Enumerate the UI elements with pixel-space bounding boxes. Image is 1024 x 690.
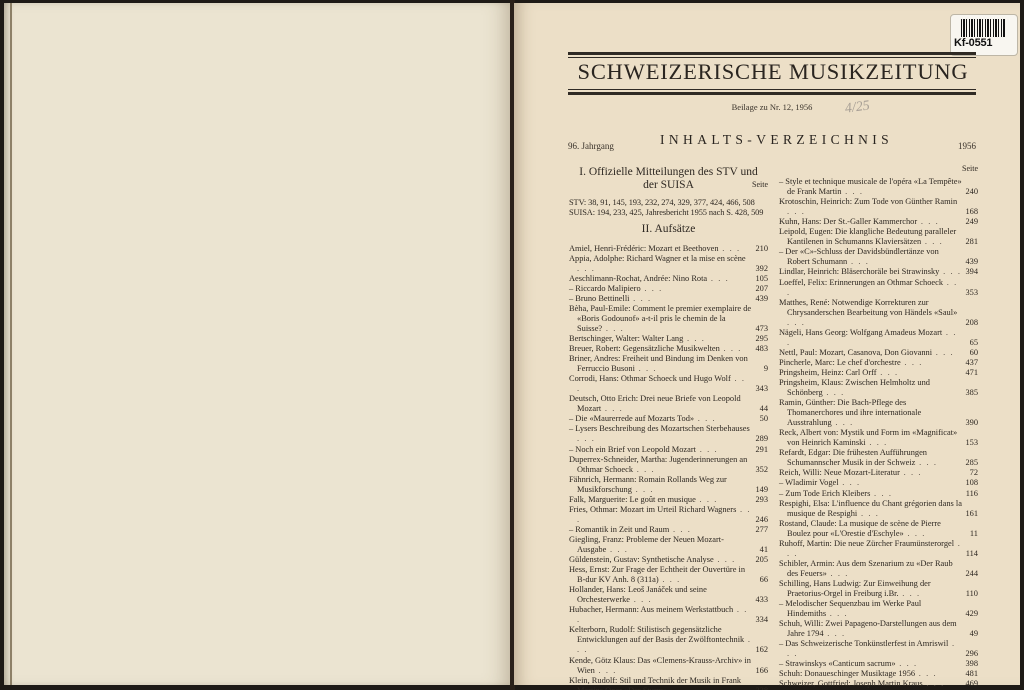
entry-page-number: 49 (970, 629, 978, 639)
dot-leader: . . . (915, 458, 937, 467)
toc-entry: Schuh: Donaueschinger Musiktage 1956 . .… (779, 669, 978, 679)
toc-entry: Briner, Andres: Freiheit und Bindung im … (569, 354, 768, 374)
barcode-code: Kf-0551 (954, 37, 992, 49)
section-1-title: I. Offizielle Mitteilungen des STV und d… (569, 166, 768, 191)
entry-page-number: 295 (755, 334, 768, 344)
entry-page-number: 390 (965, 418, 978, 428)
entry-title: – Noch ein Brief von Leopold Mozart (569, 445, 696, 454)
dot-leader: . . . (857, 509, 879, 518)
masthead-rule-top-thick (568, 52, 976, 55)
dot-leader: . . . (694, 414, 716, 423)
masthead-rule-top-thin (568, 57, 976, 58)
dot-leader: . . . (719, 244, 741, 253)
dot-leader: . . . (917, 217, 939, 226)
entry-title: – Riccardo Malipiero (569, 284, 641, 293)
dot-leader: . . . (921, 237, 943, 246)
toc-entry: Fries, Othmar: Mozart im Urteil Richard … (569, 505, 768, 525)
entry-title: Pringsheim, Klaus: Zwischen Helmholtz un… (779, 378, 930, 397)
section-2-title: II. Aufsätze (569, 223, 768, 236)
entry-page-number: 244 (965, 569, 978, 579)
dot-leader: . . . (832, 418, 854, 427)
entry-title: Matthes, René: Notwendige Korrekturen zu… (779, 298, 957, 317)
toc-entry: Klein, Rudolf: Stil und Technik der Musi… (569, 676, 768, 690)
dot-leader: . . . (787, 318, 805, 327)
entry-title: Schuh: Donaueschinger Musiktage 1956 (779, 669, 915, 678)
toc-entry: Nettl, Paul: Mozart, Casanova, Don Giova… (779, 348, 978, 358)
entry-title: Deutsch, Otto Erich: Drei neue Briefe vo… (569, 394, 741, 413)
dot-leader: . . . (577, 434, 595, 443)
entry-page-number: 433 (755, 595, 768, 605)
volume-label: 96. Jahrgang (568, 141, 614, 151)
entry-page-number: 277 (755, 525, 768, 535)
entry-title: Fries, Othmar: Mozart im Urteil Richard … (569, 505, 736, 514)
toc-heading: INHALTS-VERZEICHNIS (660, 132, 893, 148)
page-column-label: Seite (752, 179, 768, 192)
toc-entry: Matthes, René: Notwendige Korrekturen zu… (779, 298, 978, 328)
entry-title: Schibler, Armin: Aus dem Szenarium zu «D… (779, 559, 953, 578)
toc-entry: Reck, Albert von: Mystik und Form im «Ma… (779, 428, 978, 448)
entry-page-number: 44 (760, 404, 768, 414)
entry-page-number: 205 (755, 555, 768, 565)
entry-title: Hess, Ernst: Zur Frage der Echtheit der … (569, 565, 745, 584)
toc-entry: Pincherle, Marc: Le chef d'orchestre . .… (779, 358, 978, 368)
dot-leader: . . . (939, 267, 961, 276)
entry-page-number: 291 (755, 445, 768, 455)
entry-page-number: 394 (965, 267, 978, 277)
entry-page-number: 429 (965, 609, 978, 619)
article-list-right: – Style et technique musicale de l'opéra… (779, 177, 978, 689)
entry-page-number: 149 (755, 485, 768, 495)
dot-leader: . . . (839, 478, 861, 487)
entry-page-number: 439 (965, 257, 978, 267)
dot-leader: . . . (824, 629, 846, 638)
toc-entry: Corrodi, Hans: Othmar Schoeck und Hugo W… (569, 374, 768, 394)
entry-page-number: 240 (965, 187, 978, 197)
dot-leader: . . . (641, 284, 663, 293)
dot-leader: . . . (823, 388, 845, 397)
entry-title: Nägeli, Hans Georg: Wolfgang Amadeus Moz… (779, 328, 942, 337)
entry-page-number: 168 (965, 207, 978, 217)
toc-entry: Refardt, Edgar: Die frühesten Aufführung… (779, 448, 978, 468)
entry-page-number: 437 (965, 358, 978, 368)
toc-entry: Amiel, Henri-Frédéric: Mozart et Beethov… (569, 244, 768, 254)
entry-page-number: 60 (970, 348, 978, 358)
toc-column-right: Seite – Style et technique musicale de l… (779, 164, 978, 689)
toc-entry: – Melodischer Sequenzbau im Werke Paul H… (779, 599, 978, 619)
toc-entry: Ramin, Günther: Die Bach-Pflege des Thom… (779, 398, 978, 428)
entry-page-number: 281 (965, 237, 978, 247)
entry-page-number: 105 (755, 274, 768, 284)
entry-title: Krotoschin, Heinrich: Zum Tode von Günth… (779, 197, 957, 206)
entry-page-number: 110 (966, 589, 978, 599)
entry-title: Pringsheim, Heinz: Carl Orff (779, 368, 877, 377)
dot-leader: . . . (870, 489, 892, 498)
entry-title: Ruhoff, Martin: Die neue Zürcher Fraumün… (779, 539, 954, 548)
toc-column-left: I. Offizielle Mitteilungen des STV und d… (569, 164, 768, 690)
entry-page-number: 293 (755, 495, 768, 505)
toc-entry: – Romantik in Zeit und Raum . . .277 (569, 525, 768, 535)
entry-title: – Lysers Beschreibung des Mozartschen St… (569, 424, 750, 433)
dot-leader: . . . (720, 344, 742, 353)
dot-leader: . . . (841, 187, 863, 196)
blank-left-page (4, 3, 511, 685)
toc-entry: – Wladimir Vogel . . .108 (779, 478, 978, 488)
toc-entry: Hess, Ernst: Zur Frage der Echtheit der … (569, 565, 768, 585)
entry-page-number: 50 (760, 414, 768, 424)
dot-leader: . . . (635, 364, 657, 373)
entry-title: Bertschinger, Walter: Walter Lang (569, 334, 683, 343)
entry-title: Hubacher, Hermann: Aus meinem Werkstattb… (569, 605, 733, 614)
dot-leader: . . . (714, 555, 736, 564)
dot-leader: . . . (932, 348, 954, 357)
entry-title: – Bruno Bettinelli (569, 294, 629, 303)
entry-page-number: 161 (965, 509, 978, 519)
entry-page-number: 108 (965, 478, 978, 488)
dot-leader: . . . (595, 666, 617, 675)
pencil-annotation: 4/25 (844, 98, 871, 117)
barcode-icon (961, 19, 1005, 37)
toc-entry: – Zum Tode Erich Kleibers . . .116 (779, 489, 978, 499)
toc-entry: Krotoschin, Heinrich: Zum Tode von Günth… (779, 197, 978, 217)
toc-entry: Reich, Willi: Neue Mozart-Literatur . . … (779, 468, 978, 478)
entry-page-number: 249 (965, 217, 978, 227)
entry-title: Corrodi, Hans: Othmar Schoeck und Hugo W… (569, 374, 731, 383)
dot-leader: . . . (669, 525, 691, 534)
entry-page-number: 162 (755, 645, 768, 655)
toc-entry: Schibler, Armin: Aus dem Szenarium zu «D… (779, 559, 978, 579)
entry-page-number: 65 (970, 338, 978, 348)
dot-leader: . . . (847, 257, 869, 266)
entry-title: – Strawinskys «Canticum sacrum» (779, 659, 896, 668)
toc-entry: Hollander, Hans: Leoš Janáček und seine … (569, 585, 768, 605)
entry-title: Reich, Willi: Neue Mozart-Literatur (779, 468, 900, 477)
open-book-spread: Kf-0551 SCHWEIZERISCHE MUSIKZEITUNG Beil… (0, 0, 1024, 690)
entry-title: Güldenstein, Gustav: Synthetische Analys… (569, 555, 714, 564)
entry-page-number: 116 (966, 489, 978, 499)
entry-page-number: 166 (755, 666, 768, 676)
entry-title: Kuhn, Hans: Der St.-Galler Kammerchor (779, 217, 917, 226)
dot-leader: . . . (602, 324, 624, 333)
dot-leader: . . . (606, 545, 628, 554)
supplement-line: Beilage zu Nr. 12, 1956 (568, 102, 976, 112)
entry-title: – Das Schweizerische Tonkünstlerfest in … (779, 639, 948, 648)
entry-title: Nettl, Paul: Mozart, Casanova, Don Giova… (779, 348, 932, 357)
dot-leader: . . . (667, 686, 689, 690)
toc-entry: – Lysers Beschreibung des Mozartschen St… (569, 424, 768, 444)
entry-title: Pincherle, Marc: Le chef d'orchestre (779, 358, 901, 367)
dot-leader: . . . (866, 438, 888, 447)
dot-leader: . . . (826, 609, 848, 618)
entry-title: Breuer, Robert: Gegensätzliche Musikwelt… (569, 344, 720, 353)
toc-entry: Leipold, Eugen: Die klangliche Bedeutung… (779, 227, 978, 247)
stv-references: STV: 38, 91, 145, 193, 232, 274, 329, 37… (569, 198, 768, 208)
entry-page-number: 352 (755, 465, 768, 475)
toc-entry: Bertschinger, Walter: Walter Lang . . .2… (569, 334, 768, 344)
toc-entry: – Strawinskys «Canticum sacrum» . . .398 (779, 659, 978, 669)
entry-page-number: 469 (965, 679, 978, 689)
toc-entry: Hubacher, Hermann: Aus meinem Werkstattb… (569, 605, 768, 625)
toc-entry: – Die «Maurerrede auf Mozarts Tod» . . .… (569, 414, 768, 424)
toc-entry: Kelterborn, Rudolf: Stilistisch gegensät… (569, 625, 768, 655)
toc-entry: Bèha, Paul-Emile: Comment le premier exe… (569, 304, 768, 334)
dot-leader: . . . (787, 207, 805, 216)
entry-page-number: 285 (965, 458, 978, 468)
toc-entry: Rostand, Claude: La musique de scène de … (779, 519, 978, 539)
toc-entry: Ruhoff, Martin: Die neue Zürcher Fraumün… (779, 539, 978, 559)
dot-leader: . . . (633, 465, 655, 474)
entry-page-number: 11 (970, 529, 978, 539)
toc-entry: Nägeli, Hans Georg: Wolfgang Amadeus Moz… (779, 328, 978, 348)
dot-leader: . . . (696, 445, 718, 454)
dot-leader: . . . (900, 468, 922, 477)
dot-leader: . . . (659, 575, 681, 584)
entry-title: Schweizer, Gottfried: Joseph Martin Krau… (779, 679, 923, 688)
journal-title: SCHWEIZERISCHE MUSIKZEITUNG (566, 59, 980, 85)
entry-title: Duperrex-Schneider, Martha: Jugenderinne… (569, 455, 747, 474)
entry-title: Bèha, Paul-Emile: Comment le premier exe… (569, 304, 751, 333)
entry-title: Lindlar, Heinrich: Bläserchoräle bei Str… (779, 267, 939, 276)
dot-leader: . . . (577, 264, 595, 273)
toc-entry: Kuhn, Hans: Der St.-Galler Kammerchor . … (779, 217, 978, 227)
entry-page-number: 41 (760, 545, 768, 555)
entry-page-number: 483 (755, 344, 768, 354)
entry-title: – Melodischer Sequenzbau im Werke Paul H… (779, 599, 921, 618)
toc-entry: – Das Schweizerische Tonkünstlerfest in … (779, 639, 978, 659)
toc-entry: Respighi, Elsa: L'influence du Chant gré… (779, 499, 978, 519)
toc-entry: – Der «C»-Schluss der Davidsbündlertänze… (779, 247, 978, 267)
entry-title: Loeffel, Felix: Erinnerungen an Othmar S… (779, 278, 943, 287)
suisa-references: SUISA: 194, 233, 425, Jahresbericht 1955… (569, 208, 768, 218)
masthead-rule-bottom-thick (568, 92, 976, 95)
year-label: 1956 (958, 141, 976, 151)
entry-page-number: 296 (965, 649, 978, 659)
entry-page-number: 9 (764, 364, 768, 374)
entry-page-number: 392 (755, 264, 768, 274)
entry-title: – Romantik in Zeit und Raum (569, 525, 669, 534)
toc-entry: Breuer, Robert: Gegensätzliche Musikwelt… (569, 344, 768, 354)
toc-entry: Duperrex-Schneider, Martha: Jugenderinne… (569, 455, 768, 475)
toc-entry: Falk, Marguerite: Le goût en musique . .… (569, 495, 768, 505)
toc-entry: Deutsch, Otto Erich: Drei neue Briefe vo… (569, 394, 768, 414)
toc-entry: Pringsheim, Heinz: Carl Orff . . .471 (779, 368, 978, 378)
entry-page-number: 334 (755, 615, 768, 625)
dot-leader: . . . (904, 529, 926, 538)
entry-title: – Die «Maurerrede auf Mozarts Tod» (569, 414, 694, 423)
toc-entry: Loeffel, Felix: Erinnerungen an Othmar S… (779, 278, 978, 298)
toc-entry: Fähnrich, Hermann: Romain Rollands Weg z… (569, 475, 768, 495)
entry-page-number: 473 (755, 324, 768, 334)
entry-page-number: 289 (755, 434, 768, 444)
page-column-label: Seite (779, 164, 978, 174)
entry-title: Aeschlimann-Rochat, Andrée: Nino Rota (569, 274, 707, 283)
entry-page-number: 353 (965, 288, 978, 298)
entry-title: Refardt, Edgar: Die frühesten Aufführung… (779, 448, 927, 467)
toc-entry: Schuh, Willi: Zwei Papageno-Darstellunge… (779, 619, 978, 639)
entry-title: – Zum Tode Erich Kleibers (779, 489, 870, 498)
entry-page-number: 439 (755, 294, 768, 304)
entry-page-number: 238 (755, 686, 768, 690)
entry-page-number: 114 (966, 549, 978, 559)
toc-entry: Güldenstein, Gustav: Synthetische Analys… (569, 555, 768, 565)
toc-entry: Schilling, Hans Ludwig: Zur Einweihung d… (779, 579, 978, 599)
dot-leader: . . . (630, 595, 652, 604)
toc-entry: Lindlar, Heinrich: Bläserchoräle bei Str… (779, 267, 978, 277)
entry-page-number: 208 (965, 318, 978, 328)
toc-entry: Schweizer, Gottfried: Joseph Martin Krau… (779, 679, 978, 689)
dot-leader: . . . (896, 659, 918, 668)
masthead-rule-bottom-thin (568, 89, 976, 90)
entry-page-number: 343 (755, 384, 768, 394)
entry-page-number: 66 (760, 575, 768, 585)
dot-leader: . . . (629, 294, 651, 303)
toc-entry: – Bruno Bettinelli . . .439 (569, 294, 768, 304)
entry-page-number: 153 (965, 438, 978, 448)
dot-leader: . . . (601, 404, 623, 413)
dot-leader: . . . (901, 358, 923, 367)
toc-entry: – Noch ein Brief von Leopold Mozart . . … (569, 445, 768, 455)
dot-leader: . . . (707, 274, 729, 283)
entry-title: Briner, Andres: Freiheit und Bindung im … (569, 354, 748, 373)
dot-leader: . . . (877, 368, 899, 377)
entry-page-number: 207 (755, 284, 768, 294)
toc-entry: – Riccardo Malipiero . . .207 (569, 284, 768, 294)
dot-leader: . . . (632, 485, 654, 494)
toc-entry: – Style et technique musicale de l'opéra… (779, 177, 978, 197)
entry-title: Schuh, Willi: Zwei Papageno-Darstellunge… (779, 619, 957, 638)
entry-page-number: 398 (965, 659, 978, 669)
dot-leader: . . . (915, 669, 937, 678)
dot-leader: . . . (923, 679, 945, 688)
article-list-left: Amiel, Henri-Frédéric: Mozart et Beethov… (569, 244, 768, 690)
entry-page-number: 471 (965, 368, 978, 378)
entry-title: Appia, Adolphe: Richard Wagner et la mis… (569, 254, 746, 263)
entry-title: – Style et technique musicale de l'opéra… (779, 177, 962, 196)
dot-leader: . . . (696, 495, 718, 504)
dot-leader: . . . (683, 334, 705, 343)
toc-entry: Giegling, Franz: Probleme der Neuen Moza… (569, 535, 768, 555)
dot-leader: . . . (827, 569, 849, 578)
entry-title: Falk, Marguerite: Le goût en musique (569, 495, 696, 504)
entry-title: – Wladimir Vogel (779, 478, 839, 487)
toc-entry: Aeschlimann-Rochat, Andrée: Nino Rota . … (569, 274, 768, 284)
entry-title: Giegling, Franz: Probleme der Neuen Moza… (569, 535, 724, 554)
library-barcode-label: Kf-0551 (950, 14, 1018, 56)
official-references: STV: 38, 91, 145, 193, 232, 274, 329, 37… (569, 198, 768, 218)
toc-entry: Pringsheim, Klaus: Zwischen Helmholtz un… (779, 378, 978, 398)
entry-page-number: 481 (965, 669, 978, 679)
entry-page-number: 246 (755, 515, 768, 525)
entry-page-number: 385 (965, 388, 978, 398)
entry-page-number: 210 (755, 244, 768, 254)
entry-page-number: 72 (970, 468, 978, 478)
entry-title: Kelterborn, Rudolf: Stilistisch gegensät… (569, 625, 744, 644)
entry-title: Klein, Rudolf: Stil und Technik der Musi… (569, 676, 741, 690)
entry-title: Amiel, Henri-Frédéric: Mozart et Beethov… (569, 244, 719, 253)
toc-entry: Kende, Götz Klaus: Das «Clemens-Krauss-A… (569, 656, 768, 676)
dot-leader: . . . (899, 589, 921, 598)
toc-entry: Appia, Adolphe: Richard Wagner et la mis… (569, 254, 768, 274)
